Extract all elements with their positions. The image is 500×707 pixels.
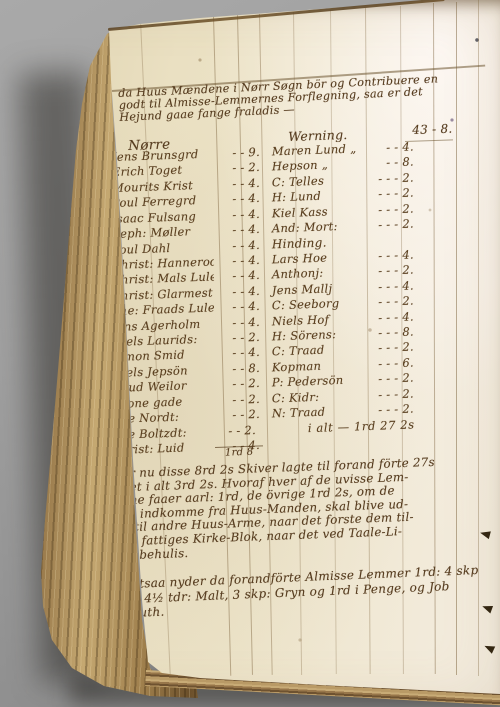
entry-amount-left: - - 4.	[214, 314, 264, 331]
manuscript-photo: da Huus Mændene i Nørr Søgn bör og Contr…	[0, 0, 500, 707]
entry-amount-left: - - 4.	[214, 345, 264, 362]
page-damage-mark	[483, 642, 495, 653]
entry-amount-left: - - 2.	[214, 376, 264, 393]
top-right-amount: 43 - 8.	[412, 122, 453, 137]
left-column-total: 1rd 8	[215, 445, 263, 459]
entry-amount-left: - - 4.	[214, 299, 264, 316]
entry-amount-left: - - 4.	[214, 191, 264, 208]
entry-amount-left: - - 4.	[214, 237, 264, 254]
entry-amount-left: - - 8.	[214, 361, 264, 378]
entry-amount-left: - - 2.	[214, 391, 264, 408]
entry-amount-left: - - 2.	[214, 160, 264, 177]
entry-amount-left: - - 4.	[214, 206, 264, 223]
entry-amount-left: - - 4.	[214, 253, 264, 270]
entry-amount-left: - - 4.	[214, 222, 264, 239]
entry-amount-left: - - 2.	[214, 407, 264, 424]
summary-paragraph: Altsaa nyder da forandförte Almisse Lemm…	[104, 562, 500, 621]
entry-name-right	[264, 434, 378, 453]
entry-amount-left: - - 4.	[214, 176, 264, 193]
closing-paragraph: Naar nu disse 8rd 2s Skiver lagte til fo…	[104, 454, 499, 563]
intro-text: da Huus Mændene i Nørr Søgn bör og Contr…	[118, 71, 491, 124]
entry-amount-left: - - 4.	[214, 268, 264, 285]
entry-amount-right	[378, 430, 484, 449]
entry-amount-left: - - 4.	[214, 283, 264, 300]
entry-amount-left: - - 2.	[211, 422, 260, 439]
